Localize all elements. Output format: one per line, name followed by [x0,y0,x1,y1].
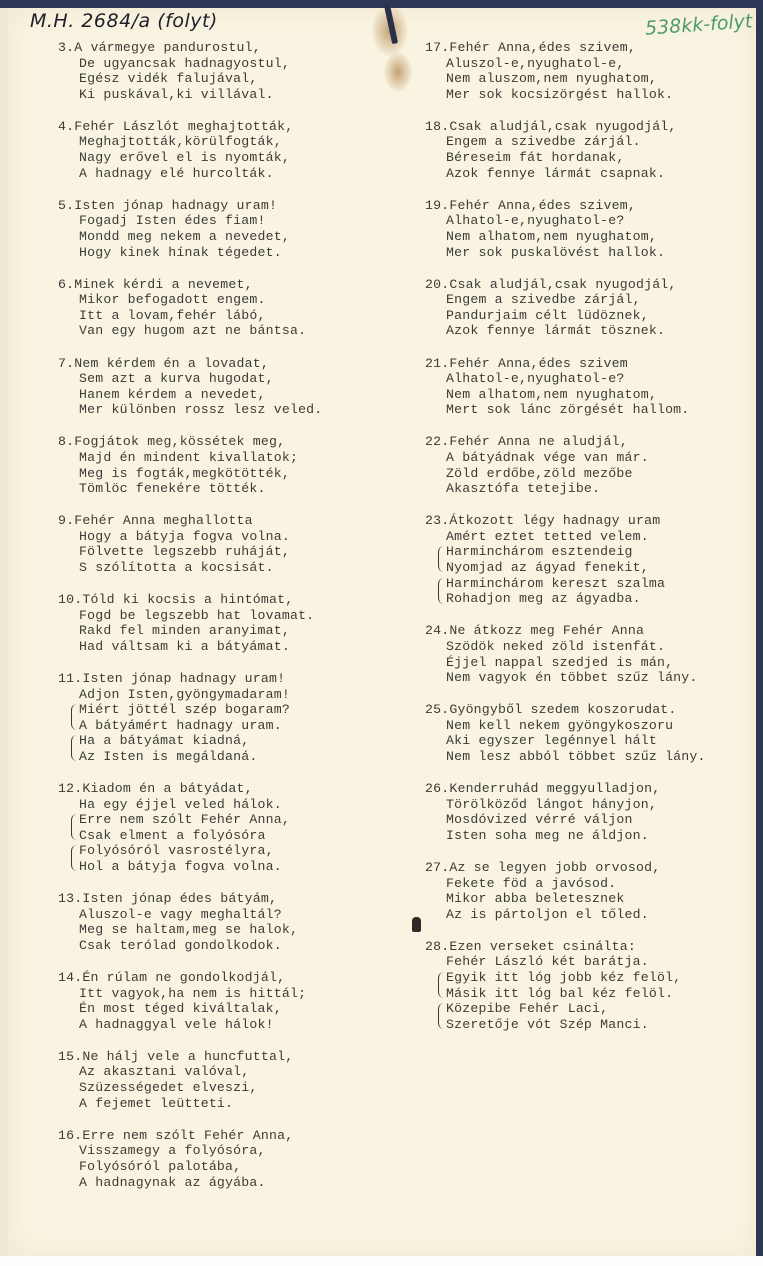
stanza-first-line: 26.Kenderruhád meggyulladjon, [425,781,760,797]
stanza: 4.Fehér Lászlót meghajtották,Meghajtottá… [58,119,398,181]
stanza-first-line: 8.Fogjátok meg,kössétek meg, [58,434,398,450]
stanza-line: Sem azt a kurva hugodat, [58,371,398,387]
stanza-line: Egyik itt lóg jobb kéz felöl, [425,970,760,986]
stanza-line: Nem aluszom,nem nyughatom, [425,71,760,87]
stanza-line: Szeretője vót Szép Manci. [425,1017,760,1033]
stanza-line: Rohadjon meg az ágyadba. [425,591,760,607]
stanza-line: Fehér László két barátja. [425,954,760,970]
stanza-line: Meghajtották,körülfogták, [58,134,398,150]
stanza-line-text: Gyöngyből szedem koszorudat. [449,702,676,717]
stanza-number: 22. [425,434,449,449]
stanza-line: Fogd be legszebb hat lovamat. [58,608,398,624]
stanza-first-line: 27.Az se legyen jobb orvosod, [425,860,760,876]
stanza-number: 3. [58,40,74,55]
stanza-number: 6. [58,277,74,292]
stanza-line-text: Minek kérdi a nevemet, [74,277,253,292]
stanza-line: Fölvette legszebb ruháját, [58,544,398,560]
stanza-line: Béreseim fát hordanak, [425,150,760,166]
stanza-number: 25. [425,702,449,717]
stanza-first-line: 7.Nem kérdem én a lovadat, [58,356,398,372]
stanza-line-text: Átkozott légy hadnagy uram [449,513,660,528]
stanza-line: Fogadj Isten édes fiam! [58,213,398,229]
stanza-line-text: Isten jónap hadnagy uram! [74,198,277,213]
stanza-line: Szödök neked zöld istenfát. [425,639,760,655]
stanza: 24.Ne átkozz meg Fehér AnnaSzödök neked … [425,623,760,685]
stanza-line-text: Fehér Anna,édes szivem [449,356,628,371]
stanza: 6.Minek kérdi a nevemet,Mikor befogadott… [58,277,398,339]
stanza-line-text: Fehér Lászlót meghajtották, [74,119,293,134]
stanza: 28.Ezen verseket csinálta:Fehér László k… [425,939,760,1033]
stanza-number: 19. [425,198,449,213]
stanza: 7.Nem kérdem én a lovadat,Sem azt a kurv… [58,356,398,418]
stanza-line: Mondd meg nekem a nevedet, [58,229,398,245]
stanza: 15.Ne hálj vele a huncfuttal,Az akasztan… [58,1049,398,1111]
right-column: 17.Fehér Anna,édes szivem,Aluszol-e,nyug… [425,40,760,1049]
stanza-first-line: 22.Fehér Anna ne aludjál, [425,434,760,450]
stanza-number: 11. [58,671,82,686]
stanza-line: Mer sok puskalövést hallok. [425,245,760,261]
stanza-line: Csak terólad gondolkodok. [58,938,398,954]
stanza-line: Mikor abba beletesznek [425,891,760,907]
stanza: 12.Kiadom én a bátyádat,Ha egy éjjel vel… [58,781,398,875]
stanza-line: Nem lesz abból többet szűz lány. [425,749,760,765]
stanza-line: Nem kell nekem gyöngykoszoru [425,718,760,734]
stanza-line-text: Fehér Anna,édes szivem, [449,40,636,55]
stanza-first-line: 3.A vármegye pandurostul, [58,40,398,56]
stanza-line: Akasztófa tetejibe. [425,481,760,497]
stanza-line-text: Kiadom én a bátyádat, [82,781,252,796]
stanza-line: Mosdóvized vérré váljon [425,812,760,828]
stanza-line: Aki egyszer legénnyel hált [425,733,760,749]
stanza: 17.Fehér Anna,édes szivem,Aluszol-e,nyug… [425,40,760,102]
stanza-number: 18. [425,119,449,134]
stanza-first-line: 25.Gyöngyből szedem koszorudat. [425,702,760,718]
stanza-line-text: Nem kérdem én a lovadat, [74,356,269,371]
stanza-line: Mikor befogadott engem. [58,292,398,308]
stanza-line: Engem a szivedbe zárjál, [425,292,760,308]
stanza-first-line: 24.Ne átkozz meg Fehér Anna [425,623,760,639]
shelf-mark: M.H. 2684/a (folyt) [30,10,218,32]
stanza-first-line: 4.Fehér Lászlót meghajtották, [58,119,398,135]
stanza: 16.Erre nem szólt Fehér Anna,Visszamegy … [58,1128,398,1190]
stanza-number: 26. [425,781,449,796]
stanza: 27.Az se legyen jobb orvosod,Fekete föd … [425,860,760,922]
stanza-line-text: Ne hálj vele a huncfuttal, [82,1049,293,1064]
stanza-number: 8. [58,434,74,449]
stanza-first-line: 6.Minek kérdi a nevemet, [58,277,398,293]
stanza-number: 16. [58,1128,82,1143]
stanza-line: Azok fennye lármát csapnak. [425,166,760,182]
stanza-line: Törölköződ lángot hányjon, [425,797,760,813]
stanza-first-line: 21.Fehér Anna,édes szivem [425,356,760,372]
stanza-number: 12. [58,781,82,796]
stanza-line: Egész vidék falujával, [58,71,398,87]
stanza-line: Nyomjad az ágyad fenekit, [425,560,760,576]
stanza-number: 4. [58,119,74,134]
stanza-number: 13. [58,891,82,906]
stanza-number: 7. [58,356,74,371]
stanza-line: Szüzességedet elveszi, [58,1080,398,1096]
stanza-number: 10. [58,592,82,607]
stanza: 19.Fehér Anna,édes szivem,Alhatol-e,nyug… [425,198,760,260]
stanza-first-line: 12.Kiadom én a bátyádat, [58,781,398,797]
stanza: 9.Fehér Anna meghallottaHogy a bátyja fo… [58,513,398,575]
stanza: 18.Csak aludjál,csak nyugodjál,Engem a s… [425,119,760,181]
stanza-first-line: 20.Csak aludjál,csak nyugodjál, [425,277,760,293]
stanza-line: Nem alhatom,nem nyughatom, [425,229,760,245]
stanza-number: 17. [425,40,449,55]
stanza: 22.Fehér Anna ne aludjál,A bátyádnak vég… [425,434,760,496]
stanza-first-line: 15.Ne hálj vele a huncfuttal, [58,1049,398,1065]
stanza-number: 21. [425,356,449,371]
stanza-line-text: Isten jónap hadnagy uram! [82,671,285,686]
stanza-number: 14. [58,970,82,985]
stanza-line: Fekete föd a javósod. [425,876,760,892]
stanza-line: Engem a szivedbe zárjál. [425,134,760,150]
stanza-line: De ugyancsak hadnagyostul, [58,56,398,72]
stanza: 5.Isten jónap hadnagy uram!Fogadj Isten … [58,198,398,260]
stanza-line: Az Isten is megáldaná. [58,749,398,765]
stanza: 11.Isten jónap hadnagy uram!Adjon Isten,… [58,671,398,765]
left-column: 3.A vármegye pandurostul,De ugyancsak ha… [58,40,398,1207]
stanza-line: Mer különben rossz lesz veled. [58,402,398,418]
stanza-line-text: Erre nem szólt Fehér Anna, [82,1128,293,1143]
stanza-line: A hadnagy elé hurcolták. [58,166,398,182]
stanza-line: S szólította a kocsisát. [58,560,398,576]
stanza-line-text: Fogjátok meg,kössétek meg, [74,434,285,449]
stanza-line: Harminchárom kereszt szalma [425,576,760,592]
stanza: 25.Gyöngyből szedem koszorudat.Nem kell … [425,702,760,764]
stanza-line: Alhatol-e,nyughatol-e? [425,371,760,387]
stanza-line-text: Fehér Anna ne aludjál, [449,434,628,449]
stanza-line: A hadnaggyal vele hálok! [58,1017,398,1033]
stanza-line: Majd én mindent kivallatok; [58,450,398,466]
stanza-line-text: A vármegye pandurostul, [74,40,261,55]
stanza-line-text: Fehér Anna,édes szivem, [449,198,636,213]
stanza-line: Csak elment a folyósóra [58,828,398,844]
stanza-first-line: 14.Én rúlam ne gondolkodjál, [58,970,398,986]
stanza-line: Az is pártoljon el tőled. [425,907,760,923]
ink-blot-mark [412,917,421,932]
stanza-line: Nem vagyok én többet szűz lány. [425,670,760,686]
stanza-line-text: Kenderruhád meggyulladjon, [449,781,660,796]
stanza-first-line: 13.Isten jónap édes bátyám, [58,891,398,907]
stanza-number: 23. [425,513,449,528]
stanza-line: A bátyádnak vége van már. [425,450,760,466]
stanza-line: Nagy erővel el is nyomták, [58,150,398,166]
stanza: 21.Fehér Anna,édes szivemAlhatol-e,nyugh… [425,356,760,418]
stanza-number: 15. [58,1049,82,1064]
stanza-line: Rakd fel minden aranyimat, [58,623,398,639]
stanza: 23.Átkozott légy hadnagy uramAmért eztet… [425,513,760,607]
stanza: 14.Én rúlam ne gondolkodjál,Itt vagyok,h… [58,970,398,1032]
stanza-line: Folyósóról palotába, [58,1159,398,1175]
stanza-line: Hogy a bátyja fogva volna. [58,529,398,545]
stanza-first-line: 10.Tóld ki kocsis a hintómat, [58,592,398,608]
stanza-line: Had váltsam ki a bátyámat. [58,639,398,655]
stanza-line: Közepibe Fehér Laci, [425,1001,760,1017]
stanza-line: Én most téged kiváltalak, [58,1001,398,1017]
stanza-first-line: 16.Erre nem szólt Fehér Anna, [58,1128,398,1144]
stanza-line: Hol a bátyja fogva volna. [58,859,398,875]
stanza-number: 24. [425,623,449,638]
stanza-line: Amért eztet tetted velem. [425,529,760,545]
stanza: 26.Kenderruhád meggyulladjon,Törölköződ … [425,781,760,843]
stanza-first-line: 18.Csak aludjál,csak nyugodjál, [425,119,760,135]
stanza-line: Azok fennye lármát tösznek. [425,323,760,339]
stanza-line-text: Csak aludjál,csak nyugodjál, [449,119,676,134]
stanza-line: Itt vagyok,ha nem is hittál; [58,986,398,1002]
stanza-first-line: 19.Fehér Anna,édes szivem, [425,198,760,214]
stanza-line-text: Isten jónap édes bátyám, [82,891,277,906]
stanza-number: 27. [425,860,449,875]
stanza-line: Adjon Isten,gyöngymadaram! [58,687,398,703]
stanza-line: A hadnagynak az ágyába. [58,1175,398,1191]
stanza: 13.Isten jónap édes bátyám,Aluszol-e vag… [58,891,398,953]
stanza-first-line: 11.Isten jónap hadnagy uram! [58,671,398,687]
stanza-line: Aluszol-e vagy meghaltál? [58,907,398,923]
stanza-line: Mer sok kocsizörgést hallok. [425,87,760,103]
stanza-line: Alhatol-e,nyughatol-e? [425,213,760,229]
stanza-line-text: Tóld ki kocsis a hintómat, [82,592,293,607]
stanza-first-line: 23.Átkozott légy hadnagy uram [425,513,760,529]
stanza-line: Miért jöttél szép bogaram? [58,702,398,718]
stanza-line-text: Én rúlam ne gondolkodjál, [82,970,285,985]
stanza-line: Éjjel nappal szedjed is mán, [425,655,760,671]
stanza-line: Harminchárom esztendeig [425,544,760,560]
stanza-line-text: Az se legyen jobb orvosod, [449,860,660,875]
stanza-line: Aluszol-e,nyughatol-e, [425,56,760,72]
stanza-line: Meg is fogták,megkötötték, [58,466,398,482]
stanza-line: Hanem kérdem a nevedet, [58,387,398,403]
stanza-line: Mert sok lánc zörgését hallom. [425,402,760,418]
stanza-line-text: Ne átkozz meg Fehér Anna [449,623,644,638]
stanza-line: Az akasztani valóval, [58,1064,398,1080]
stanza-line: Folyósóról vasrostélyra, [58,843,398,859]
stanza-line: Ha egy éjjel veled hálok. [58,797,398,813]
stanza-number: 20. [425,277,449,292]
stanza-line: Isten soha meg ne áldjon. [425,828,760,844]
stanza: 10.Tóld ki kocsis a hintómat,Fogd be leg… [58,592,398,654]
stanza-line: Meg se haltam,meg se halok, [58,922,398,938]
stanza: 3.A vármegye pandurostul,De ugyancsak ha… [58,40,398,102]
stanza-line: Pandurjaim célt lüdöznek, [425,308,760,324]
stanza-line-text: Ezen verseket csinálta: [449,939,636,954]
stanza-line: Ki puskával,ki villával. [58,87,398,103]
stanza-line: Nem alhatom,nem nyughatom, [425,387,760,403]
stanza-line: Itt a lovam,fehér lábó, [58,308,398,324]
stanza: 20.Csak aludjál,csak nyugodjál,Engem a s… [425,277,760,339]
stanza-number: 28. [425,939,449,954]
stanza-line: Erre nem szólt Fehér Anna, [58,812,398,828]
stanza-number: 9. [58,513,74,528]
stanza-line: Visszamegy a folyósóra, [58,1143,398,1159]
stanza-line: A bátyámért hadnagy uram. [58,718,398,734]
stanza-line: Ha a bátyámat kiadná, [58,733,398,749]
stanza-line-text: Csak aludjál,csak nyugodjál, [449,277,676,292]
stanza-line: Másik itt lóg bal kéz felöl. [425,986,760,1002]
stanza-first-line: 28.Ezen verseket csinálta: [425,939,760,955]
stanza-number: 5. [58,198,74,213]
stanza-line: A fejemet leütteti. [58,1096,398,1112]
stanza-line: Zöld erdőbe,zöld mezőbe [425,466,760,482]
scan-bottom-margin [0,1256,763,1266]
stanza-first-line: 17.Fehér Anna,édes szivem, [425,40,760,56]
stanza-first-line: 9.Fehér Anna meghallotta [58,513,398,529]
stanza-first-line: 5.Isten jónap hadnagy uram! [58,198,398,214]
stanza-line-text: Fehér Anna meghallotta [74,513,253,528]
stanza-line: Van egy hugom azt ne bántsa. [58,323,398,339]
stanza-line: Hogy kinek hínak tégedet. [58,245,398,261]
stanza: 8.Fogjátok meg,kössétek meg,Majd én mind… [58,434,398,496]
stanza-line: Tömlöc fenekére tötték. [58,481,398,497]
